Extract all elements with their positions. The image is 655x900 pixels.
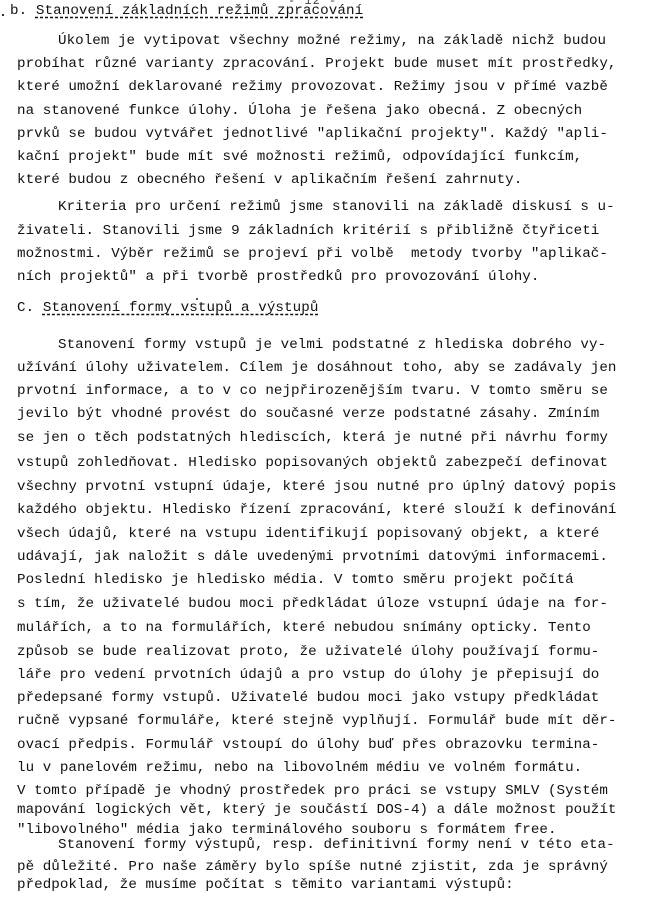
- section-c-heading: C. Stanovení formy vstupů a výstupů: [17, 300, 319, 316]
- text-line: možnostmi. Výběr režimů se projeví při v…: [17, 246, 608, 262]
- text-line: pě důležité. Pro naše záměry bylo spíše …: [17, 859, 608, 875]
- text-line: vstupů zohledňovat. Hledisko popisovanýc…: [17, 455, 608, 471]
- text-line: s tím, že uživatelé budou moci předkláda…: [17, 596, 608, 612]
- text-line: "libovolného" média jako terminálového s…: [17, 822, 557, 838]
- text-line: předepsané formy vstupů. Uživatelé budou…: [17, 690, 599, 706]
- text-line: ovací předpis. Formulář vstoupí do úlohy…: [17, 737, 599, 753]
- text-line: ních projektů" a při tvorbě prostředků p…: [17, 269, 539, 285]
- text-line: Poslední hledisko je hledisko média. V t…: [17, 572, 574, 588]
- text-line: Stanovení formy vstupů je velmi podstatn…: [58, 337, 606, 353]
- text-line: Úkolem je vytipovat všechny možné režimy…: [58, 33, 606, 49]
- text-line: Kriteria pro určení režimů jsme stanovil…: [58, 199, 615, 215]
- text-line: všech údajů, které na vstupu identifikuj…: [17, 526, 599, 542]
- text-line: užívání úlohy uživatelem. Cílem je dosáh…: [17, 360, 616, 376]
- text-line: které budou z obecného řešení v aplikačn…: [17, 172, 522, 188]
- text-line: předpoklad, že musíme počítat s těmito v…: [17, 877, 514, 893]
- document-page: - 12 - b. Stanovení základních režimů zp…: [0, 0, 655, 900]
- text-line: prvotní informace, a to v co nejpřirozen…: [17, 383, 608, 399]
- text-line: lu v panelovém režimu, nebo na libovolné…: [17, 760, 582, 776]
- text-line: na stanovené funkce úlohy. Úloha je řeše…: [17, 103, 582, 119]
- text-line: V tomto případě je vhodný prostředek pro…: [17, 783, 608, 799]
- section-b-label: b.: [10, 3, 27, 19]
- text-line: Stanovení formy výstupů, resp. definitiv…: [58, 837, 615, 853]
- text-line: mulářích, a to na formulářích, které neb…: [17, 620, 591, 636]
- text-line: každého objektu. Hledisko řízení zpracov…: [17, 502, 616, 518]
- section-c-label: C.: [17, 300, 34, 316]
- margin-mark: [2, 14, 4, 16]
- section-b-heading: b. Stanovení základních režimů zpracován…: [10, 3, 363, 19]
- text-line: všechny prvotní vstupní údaje, které jso…: [17, 479, 616, 495]
- text-line: probíhat různé varianty zpracování. Proj…: [17, 56, 616, 72]
- text-line: živateli. Stanovili jsme 9 základních kr…: [17, 223, 599, 239]
- section-c-title: Stanovení formy vstupů a výstupů: [43, 300, 319, 316]
- text-line: se jen o těch podstatných hlediscích, kt…: [17, 430, 608, 446]
- text-line: způsob se bude realizovat proto, že uživ…: [17, 644, 599, 660]
- text-line: prvků se budou vytvářet jednotlivé "apli…: [17, 126, 608, 142]
- text-line: kační projekt" bude mít své možnosti rež…: [17, 149, 582, 165]
- text-line: mapování logických vět, který je součást…: [17, 802, 616, 818]
- text-line: udávají, jak naložit s dále uvedenými pr…: [17, 549, 608, 565]
- text-line: jevilo být vhodné provést do současné ve…: [17, 406, 599, 422]
- section-b-title: Stanovení základních režimů zpracování: [36, 3, 363, 19]
- text-line: které umožní deklarované režimy provozov…: [17, 79, 608, 95]
- text-line: ručně vypsané formuláře, které stejně vy…: [17, 713, 616, 729]
- text-line: láře pro vedení prvotních údajů a pro vs…: [17, 667, 599, 683]
